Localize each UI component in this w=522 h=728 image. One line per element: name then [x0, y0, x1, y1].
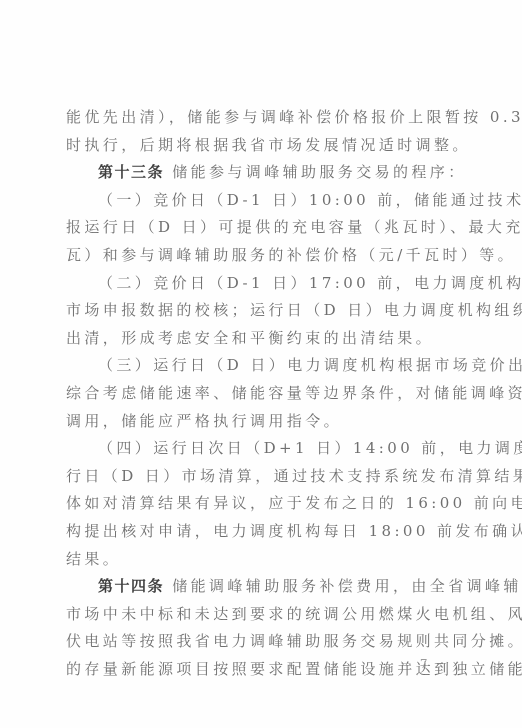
article-14-line: 伏电站等按照我省电力调峰辅助服务交易规则共同分摊。已并网	[66, 628, 446, 656]
item-2-line: 市场申报数据的校核；运行日（D 日）电力调度机构组织市场集中	[66, 297, 446, 325]
document-page: 能优先出清），储能参与调峰补偿价格报价上限暂按 0.3 元/千瓦 时执行，后期将…	[0, 0, 522, 728]
article-13-heading: 第十三条	[98, 163, 164, 181]
article-14-line: 的存量新能源项目按照要求配置储能设施并达到独立储能运行条	[66, 656, 446, 684]
item-3-line: 调用，储能应严格执行调用指令。	[66, 408, 446, 436]
article-13-title: 储能参与调峰辅助服务交易的程序：	[172, 163, 466, 181]
text-line: 时执行，后期将根据我省市场发展情况适时调整。	[66, 132, 446, 160]
document-body: 能优先出清），储能参与调峰补偿价格报价上限暂按 0.3 元/千瓦 时执行，后期将…	[66, 104, 446, 683]
item-1-line: 瓦）和参与调峰辅助服务的补偿价格（元/千瓦时）等。	[66, 242, 446, 270]
item-4-line: 构提出核对申请，电力调度机构每日 18:00 前发布确认后的统计	[66, 518, 446, 546]
item-1-line: 报运行日（D 日）可提供的充电容量（兆瓦时）、最大充电能力（兆	[66, 214, 446, 242]
item-1-line: （一）竞价日（D-1 日）10:00 前，储能通过技术支持系统申	[66, 187, 446, 215]
article-13-paragraph: 第十三条 储能参与调峰辅助服务交易的程序：	[66, 159, 446, 187]
item-4-line: 行日（D 日）市场清算，通过技术支持系统发布清算结果。储能主	[66, 463, 446, 491]
item-3-line: 综合考虑储能速率、储能容量等边界条件，对储能调峰资源进行	[66, 380, 446, 408]
page-number: － 7 －	[400, 655, 449, 672]
article-14-line: 市场中未中标和未达到要求的统调公用燃煤火电机组、风电和光	[66, 601, 446, 629]
item-2-line: 出清，形成考虑安全和平衡约束的出清结果。	[66, 325, 446, 353]
item-4-line: （四）运行日次日（D+1 日）14:00 前，电力调度机构完成运	[66, 435, 446, 463]
item-2-line: （二）竞价日（D-1 日）17:00 前，电力调度机构完成对储能	[66, 270, 446, 298]
article-14-first-line: 储能调峰辅助服务补偿费用，由全省调峰辅助服务	[172, 577, 522, 595]
item-4-line: 体如对清算结果有异议，应于发布之日的 16:00 前向电力调度机	[66, 490, 446, 518]
item-3-line: （三）运行日（D 日）电力调度机构根据市场竞价出清结果，	[66, 352, 446, 380]
item-4-line: 结果。	[66, 546, 446, 574]
article-14-paragraph: 第十四条 储能调峰辅助服务补偿费用，由全省调峰辅助服务	[66, 573, 446, 601]
text-line: 能优先出清），储能参与调峰补偿价格报价上限暂按 0.3 元/千瓦	[66, 104, 446, 132]
article-14-heading: 第十四条	[98, 577, 164, 595]
